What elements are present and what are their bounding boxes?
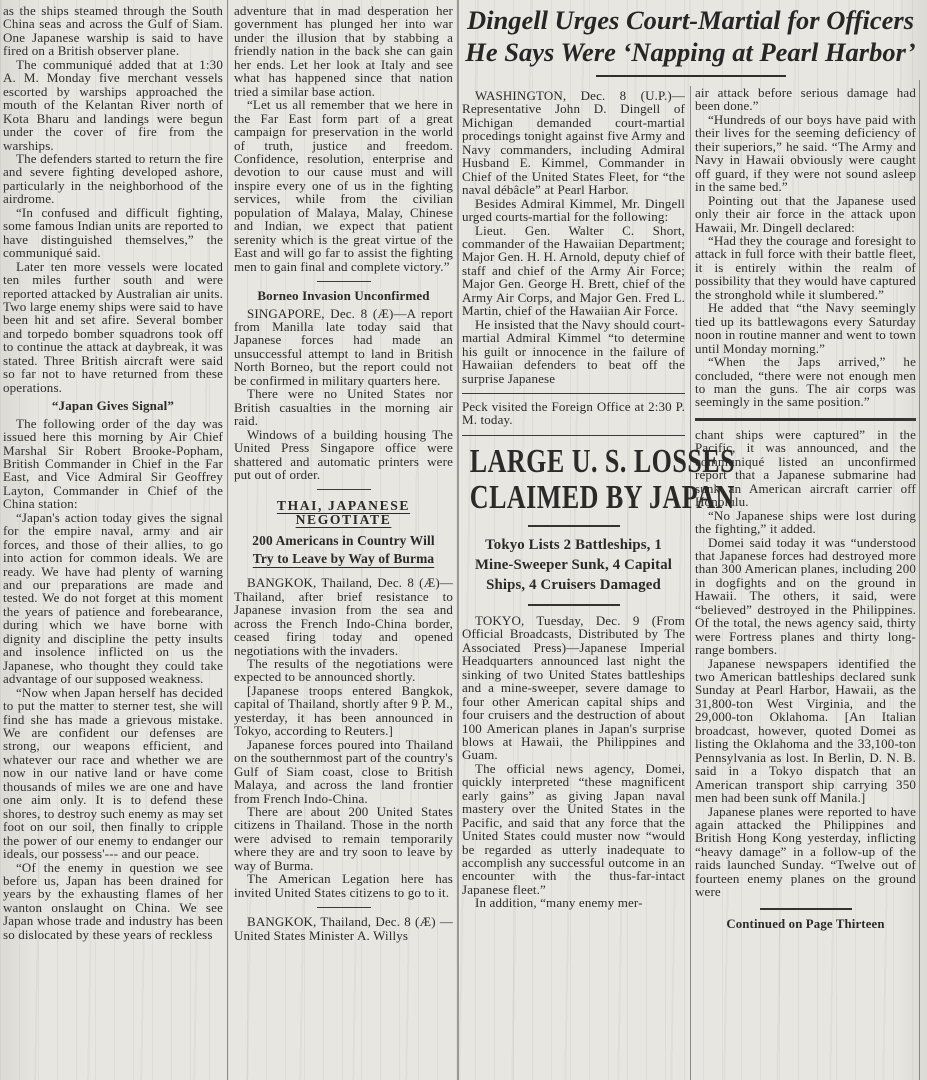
column-rule-2 [457, 0, 459, 1080]
block-p: “In confused and difficult fighting, som… [3, 206, 223, 260]
block-p: “Japan's action today gives the signal f… [3, 511, 223, 686]
block-rule_heavy [695, 418, 916, 421]
block-rule [462, 435, 685, 436]
block-headline_big: LARGE U. S. LOSSESCLAIMED BY JAPAN [462, 444, 685, 516]
block-p: BANGKOK, Thailand, Dec. 8 (Æ) —United St… [234, 915, 453, 942]
block-p: Japanese planes were reported to have ag… [695, 805, 916, 899]
block-p: He added that “the Navy seemingly tied u… [695, 301, 916, 355]
block-pc: chant ships were captured” in the Pacifi… [695, 428, 916, 509]
block-p: The communiqué added that at 1:30 A. M. … [3, 58, 223, 152]
block-p: Windows of a building housing The United… [234, 428, 453, 482]
block-divider_mid [760, 908, 852, 910]
column-rule-3 [690, 86, 691, 1080]
dingell-headline-line1: Dingell Urges Court-Martial for Officers [459, 5, 922, 35]
block-p: The official news agency, Domei, quickly… [462, 762, 685, 897]
dingell-headline: Dingell Urges Court-Martial for Officers… [459, 5, 922, 77]
block-pc: adventure that in mad desperation her go… [234, 4, 453, 98]
block-p: “Of the enemy in question we see before … [3, 861, 223, 942]
block-continued: Continued on Page Thirteen [695, 918, 916, 931]
block-p: BANGKOK, Thailand, Dec. 8 (Æ)—Thailand, … [234, 576, 453, 657]
block-p: There are about 200 United States citize… [234, 805, 453, 872]
block-divider_mid [528, 604, 620, 606]
block-p: Domei said today it was “understood that… [695, 536, 916, 657]
block-p: [Japanese troops entered Bangkok, capita… [234, 684, 453, 738]
block-p: Besides Admiral Kimmel, Mr. Dingell urge… [462, 197, 685, 224]
column-2-borneo-thailand-stories: adventure that in mad desperation her go… [234, 4, 453, 942]
block-divider_short [317, 489, 371, 490]
block-p: The results of the negotiations were exp… [234, 657, 453, 684]
newspaper-page-scan: { "page": { "paper_color": "#e8e6e0", "i… [0, 0, 927, 1080]
headline-divider-rule [596, 75, 786, 77]
column-rule-right-edge [919, 80, 920, 1080]
block-p: “Now when Japan herself has decided to p… [3, 686, 223, 861]
column-rule-1 [227, 0, 228, 1080]
block-subhead: “Japan Gives Signal” [3, 399, 223, 412]
block-deck2: 200 Americans in Country WillTry to Leav… [234, 532, 453, 567]
dingell-headline-line2: He Says Were ‘Napping at Pearl Harbor’ [459, 37, 922, 67]
block-divider_short [317, 281, 371, 282]
column-4-story-continuations: air attack before serious damage had bee… [695, 86, 916, 931]
block-p: He insisted that the Navy should court-m… [462, 318, 685, 385]
block-p: Later ten more vessels were located ten … [3, 260, 223, 395]
block-rule [462, 393, 685, 394]
block-subhead: Borneo Invasion Unconfirmed [234, 289, 453, 302]
block-divider_mid [528, 525, 620, 527]
block-pc: Peck visited the Foreign Office at 2:30 … [462, 400, 685, 427]
block-pc: air attack before serious damage had bee… [695, 86, 916, 113]
column-3-dingell-and-japan-losses-story: WASHINGTON, Dec. 8 (U.P.)— Representativ… [462, 89, 685, 910]
block-divider_short [317, 907, 371, 908]
block-p: WASHINGTON, Dec. 8 (U.P.)— Representativ… [462, 89, 685, 197]
block-p: “Had they the courage and foresight to a… [695, 234, 916, 301]
block-p: Japanese forces poured into Thailand on … [234, 738, 453, 805]
block-p: TOKYO, Tuesday, Dec. 9 (From Official Br… [462, 614, 685, 762]
block-deck: Tokyo Lists 2 Battleships, 1Mine-Sweeper… [462, 535, 685, 595]
block-p: The American Legation here has invited U… [234, 872, 453, 899]
block-p: In addition, “many enemy mer- [462, 896, 685, 909]
block-p: “No Japanese ships were lost during the … [695, 509, 916, 536]
block-p: Japanese newspapers identified the two A… [695, 657, 916, 805]
column-1-malaya-invasion-story: as the ships steamed through the South C… [3, 4, 223, 941]
block-p: Lieut. Gen. Walter C. Short, commander o… [462, 224, 685, 318]
block-p: The defenders started to return the fire… [3, 152, 223, 206]
block-p: “Hundreds of our boys have paid with the… [695, 113, 916, 194]
block-p: The following order of the day was issue… [3, 417, 223, 511]
block-p: Pointing out that the Japanese used only… [695, 194, 916, 234]
block-p: “When the Japs arrived,” he concluded, “… [695, 355, 916, 409]
block-pc: as the ships steamed through the South C… [3, 4, 223, 58]
block-p: SINGAPORE, Dec. 8 (Æ)—A report from Mani… [234, 307, 453, 388]
block-p: “Let us all remember that we here in the… [234, 98, 453, 273]
block-heading_caps: THAI, JAPANESE NEGOTIATE [234, 499, 453, 526]
block-p: There were no United States nor British … [234, 387, 453, 427]
